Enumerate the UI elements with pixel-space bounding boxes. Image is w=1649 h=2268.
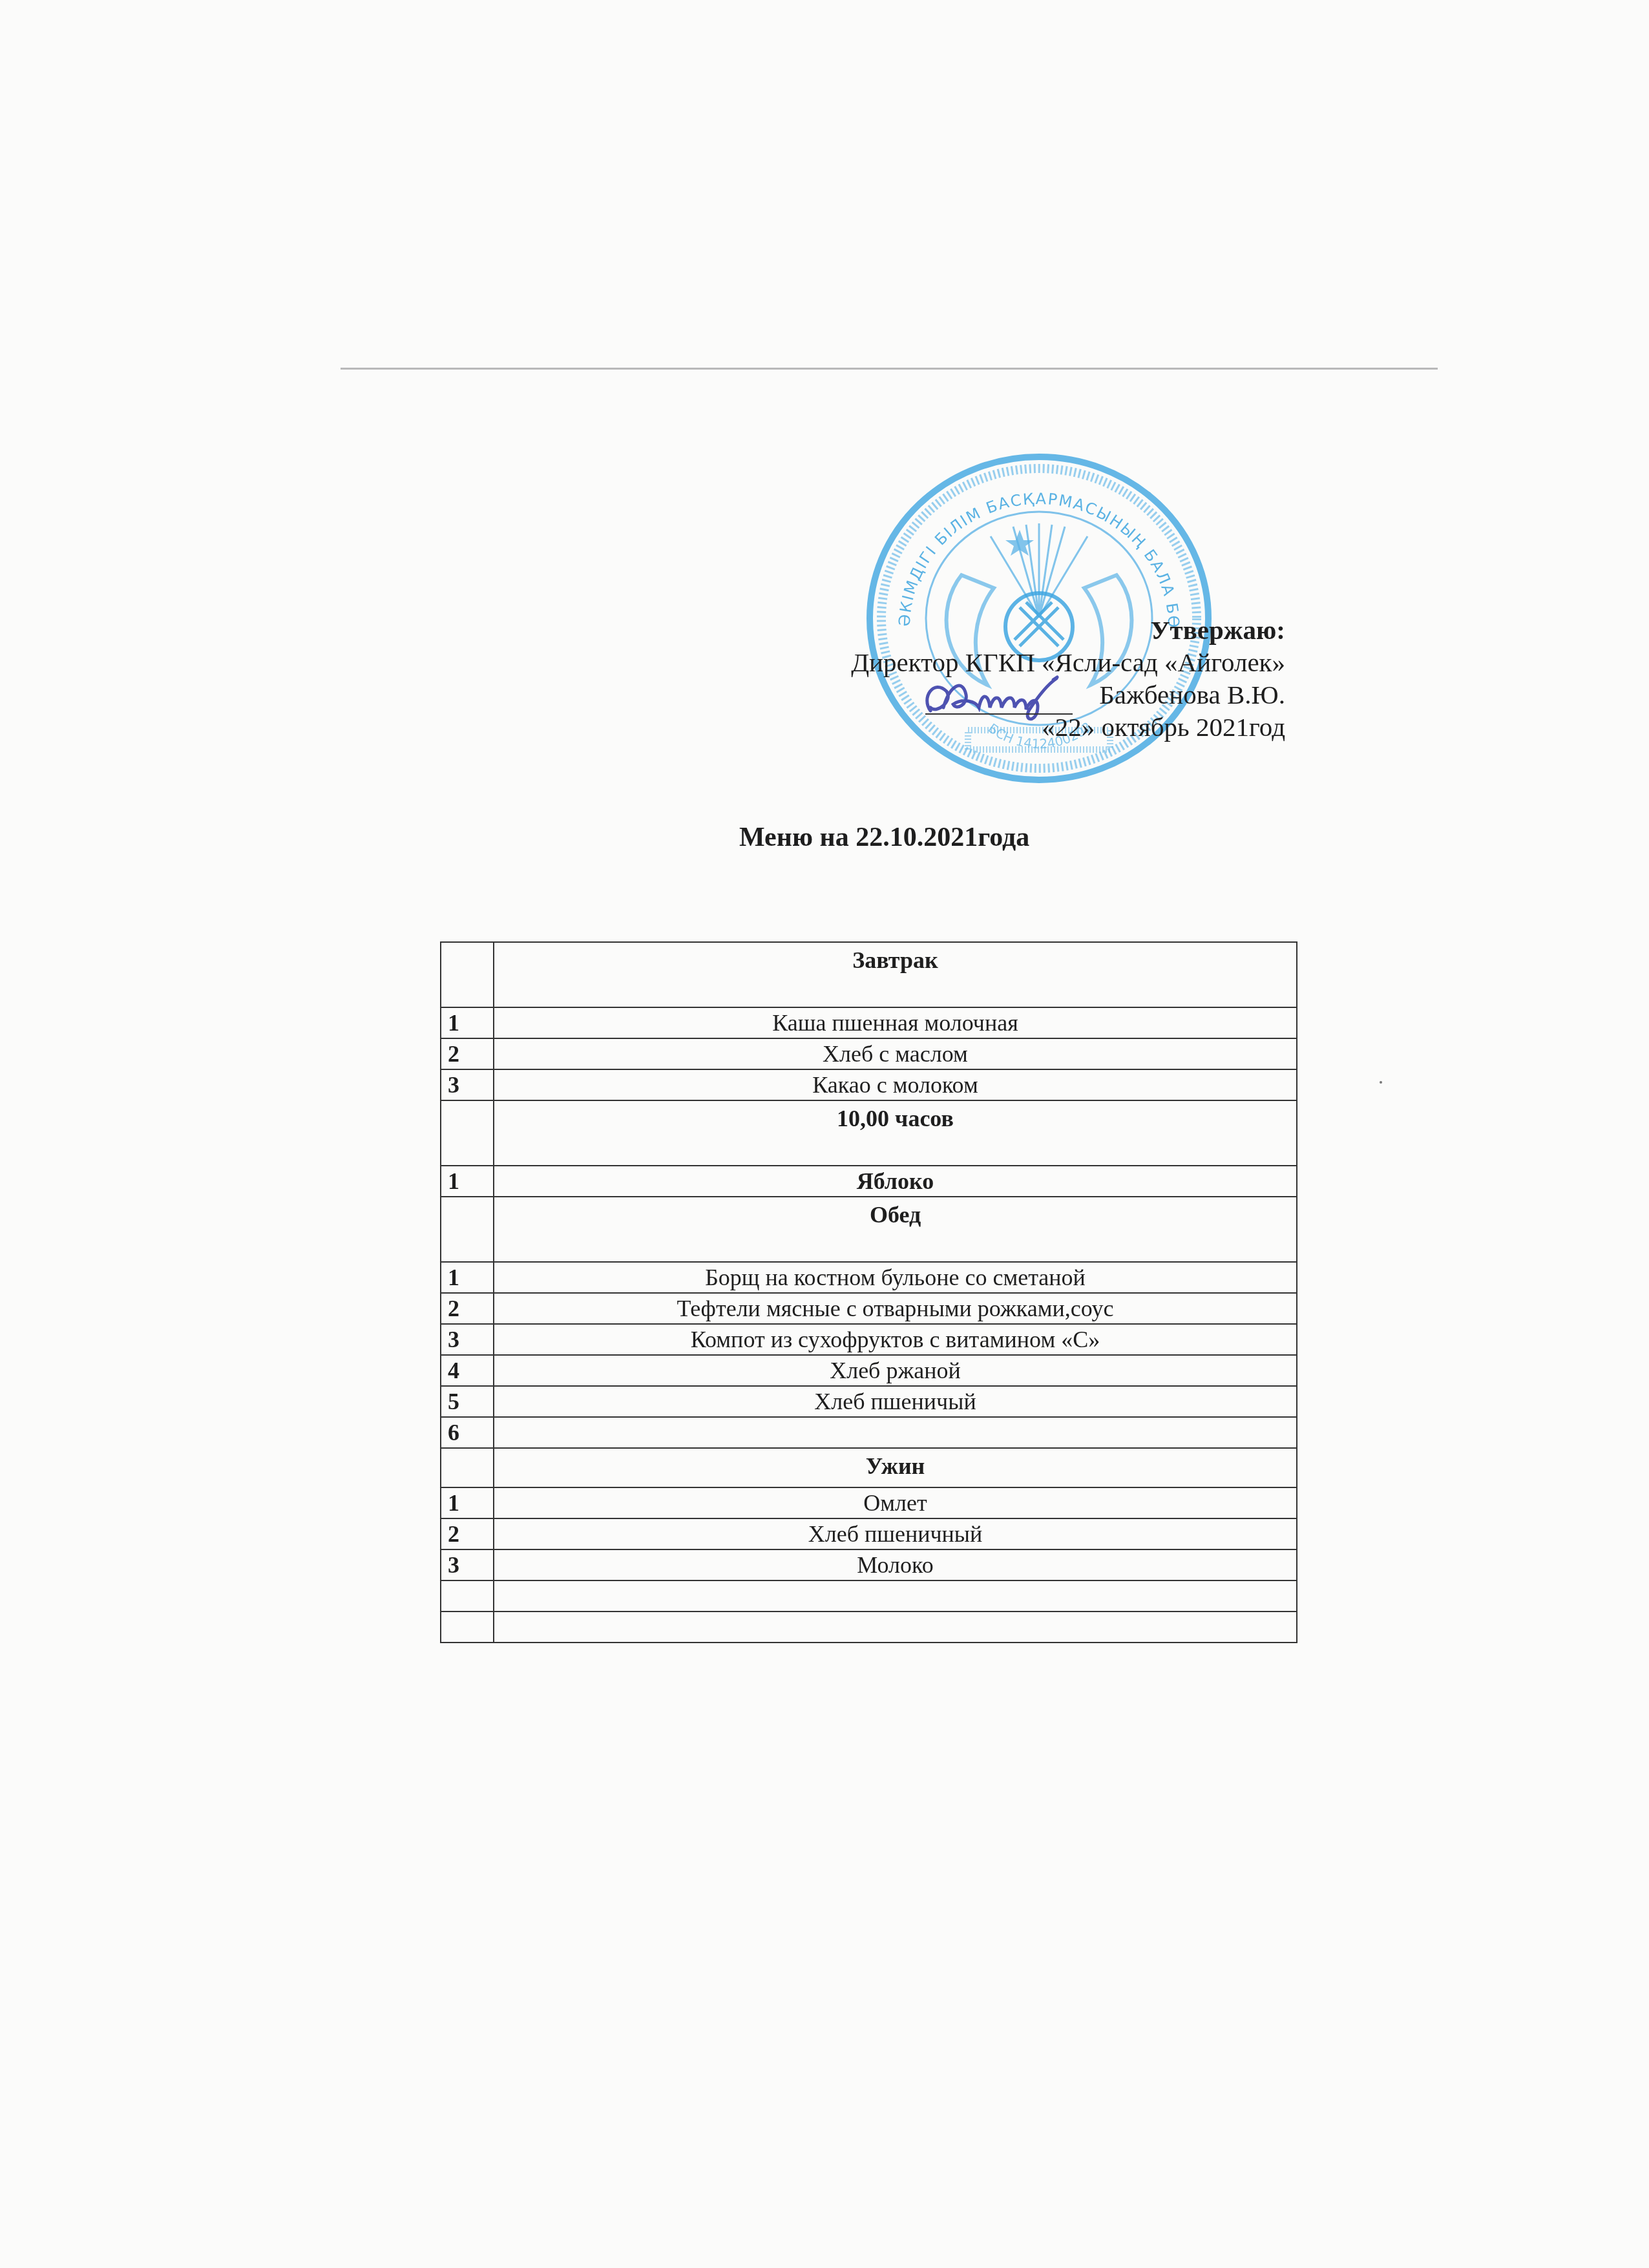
section-title: Ужин [494, 1448, 1297, 1487]
menu-item-row: 3Компот из сухофруктов с витамином «С» [441, 1324, 1297, 1355]
menu-item-row: 1Яблоко [441, 1166, 1297, 1197]
item-name [494, 1417, 1297, 1448]
section-title: Обед [494, 1197, 1297, 1262]
section-number-cell [441, 942, 494, 1007]
item-name: Хлеб ржаной [494, 1355, 1297, 1386]
menu-section-row: Завтрак [441, 942, 1297, 1007]
item-number: 4 [441, 1355, 494, 1386]
menu-item-row: 5Хлеб пшеничый [441, 1386, 1297, 1417]
handwritten-signature [918, 672, 1073, 724]
item-number: 3 [441, 1324, 494, 1355]
item-name: Хлеб с маслом [494, 1038, 1297, 1069]
item-number: 2 [441, 1518, 494, 1549]
item-number: 5 [441, 1386, 494, 1417]
item-name: Хлеб пшеничый [494, 1386, 1297, 1417]
item-number: 1 [441, 1262, 494, 1293]
menu-item-row: 2Тефтели мясные с отварными рожками,соус [441, 1293, 1297, 1324]
menu-item-row: 2Хлеб пшеничный [441, 1518, 1297, 1549]
item-number: 2 [441, 1293, 494, 1324]
item-number: 6 [441, 1417, 494, 1448]
item-name: Тефтели мясные с отварными рожками,соус [494, 1293, 1297, 1324]
item-name: Компот из сухофруктов с витамином «С» [494, 1324, 1297, 1355]
item-name: Омлет [494, 1487, 1297, 1518]
menu-item-row: 6 [441, 1417, 1297, 1448]
menu-section-row: Обед [441, 1197, 1297, 1262]
page-top-rule [341, 368, 1438, 370]
scan-speck [1380, 1081, 1382, 1084]
item-name: Хлеб пшеничный [494, 1518, 1297, 1549]
document-title: Меню на 22.10.2021года [739, 822, 1029, 853]
menu-item-row: 1Борщ на костном бульоне со сметаной [441, 1262, 1297, 1293]
item-name: Какао с молоком [494, 1069, 1297, 1100]
item-name: Молоко [494, 1549, 1297, 1580]
section-number-cell [441, 1100, 494, 1166]
menu-table: Завтрак1Каша пшенная молочная2Хлеб с мас… [440, 941, 1297, 1643]
menu-item-row: 1Каша пшенная молочная [441, 1007, 1297, 1038]
item-name: Яблоко [494, 1166, 1297, 1197]
menu-section-row: 10,00 часов [441, 1100, 1297, 1166]
menu-table-body: Завтрак1Каша пшенная молочная2Хлеб с мас… [441, 942, 1297, 1643]
item-name [494, 1612, 1297, 1643]
item-name: Борщ на костном бульоне со сметаной [494, 1262, 1297, 1293]
item-number: 1 [441, 1007, 494, 1038]
item-number: 3 [441, 1549, 494, 1580]
section-number-cell [441, 1448, 494, 1487]
menu-item-row [441, 1612, 1297, 1643]
menu-item-row: 3Молоко [441, 1549, 1297, 1580]
menu-item-row: 1Омлет [441, 1487, 1297, 1518]
menu-item-row: 3Какао с молоком [441, 1069, 1297, 1100]
section-title: 10,00 часов [494, 1100, 1297, 1166]
menu-section-row: Ужин [441, 1448, 1297, 1487]
menu-item-row [441, 1580, 1297, 1612]
item-number: 1 [441, 1487, 494, 1518]
menu-item-row: 2Хлеб с маслом [441, 1038, 1297, 1069]
item-name: Каша пшенная молочная [494, 1007, 1297, 1038]
menu-item-row: 4Хлеб ржаной [441, 1355, 1297, 1386]
item-number [441, 1580, 494, 1612]
approval-title: Утвержаю: [851, 614, 1285, 646]
item-number: 3 [441, 1069, 494, 1100]
signature-line [925, 713, 1073, 715]
section-title: Завтрак [494, 942, 1297, 1007]
item-name [494, 1580, 1297, 1612]
section-number-cell [441, 1197, 494, 1262]
item-number: 2 [441, 1038, 494, 1069]
item-number [441, 1612, 494, 1643]
item-number: 1 [441, 1166, 494, 1197]
